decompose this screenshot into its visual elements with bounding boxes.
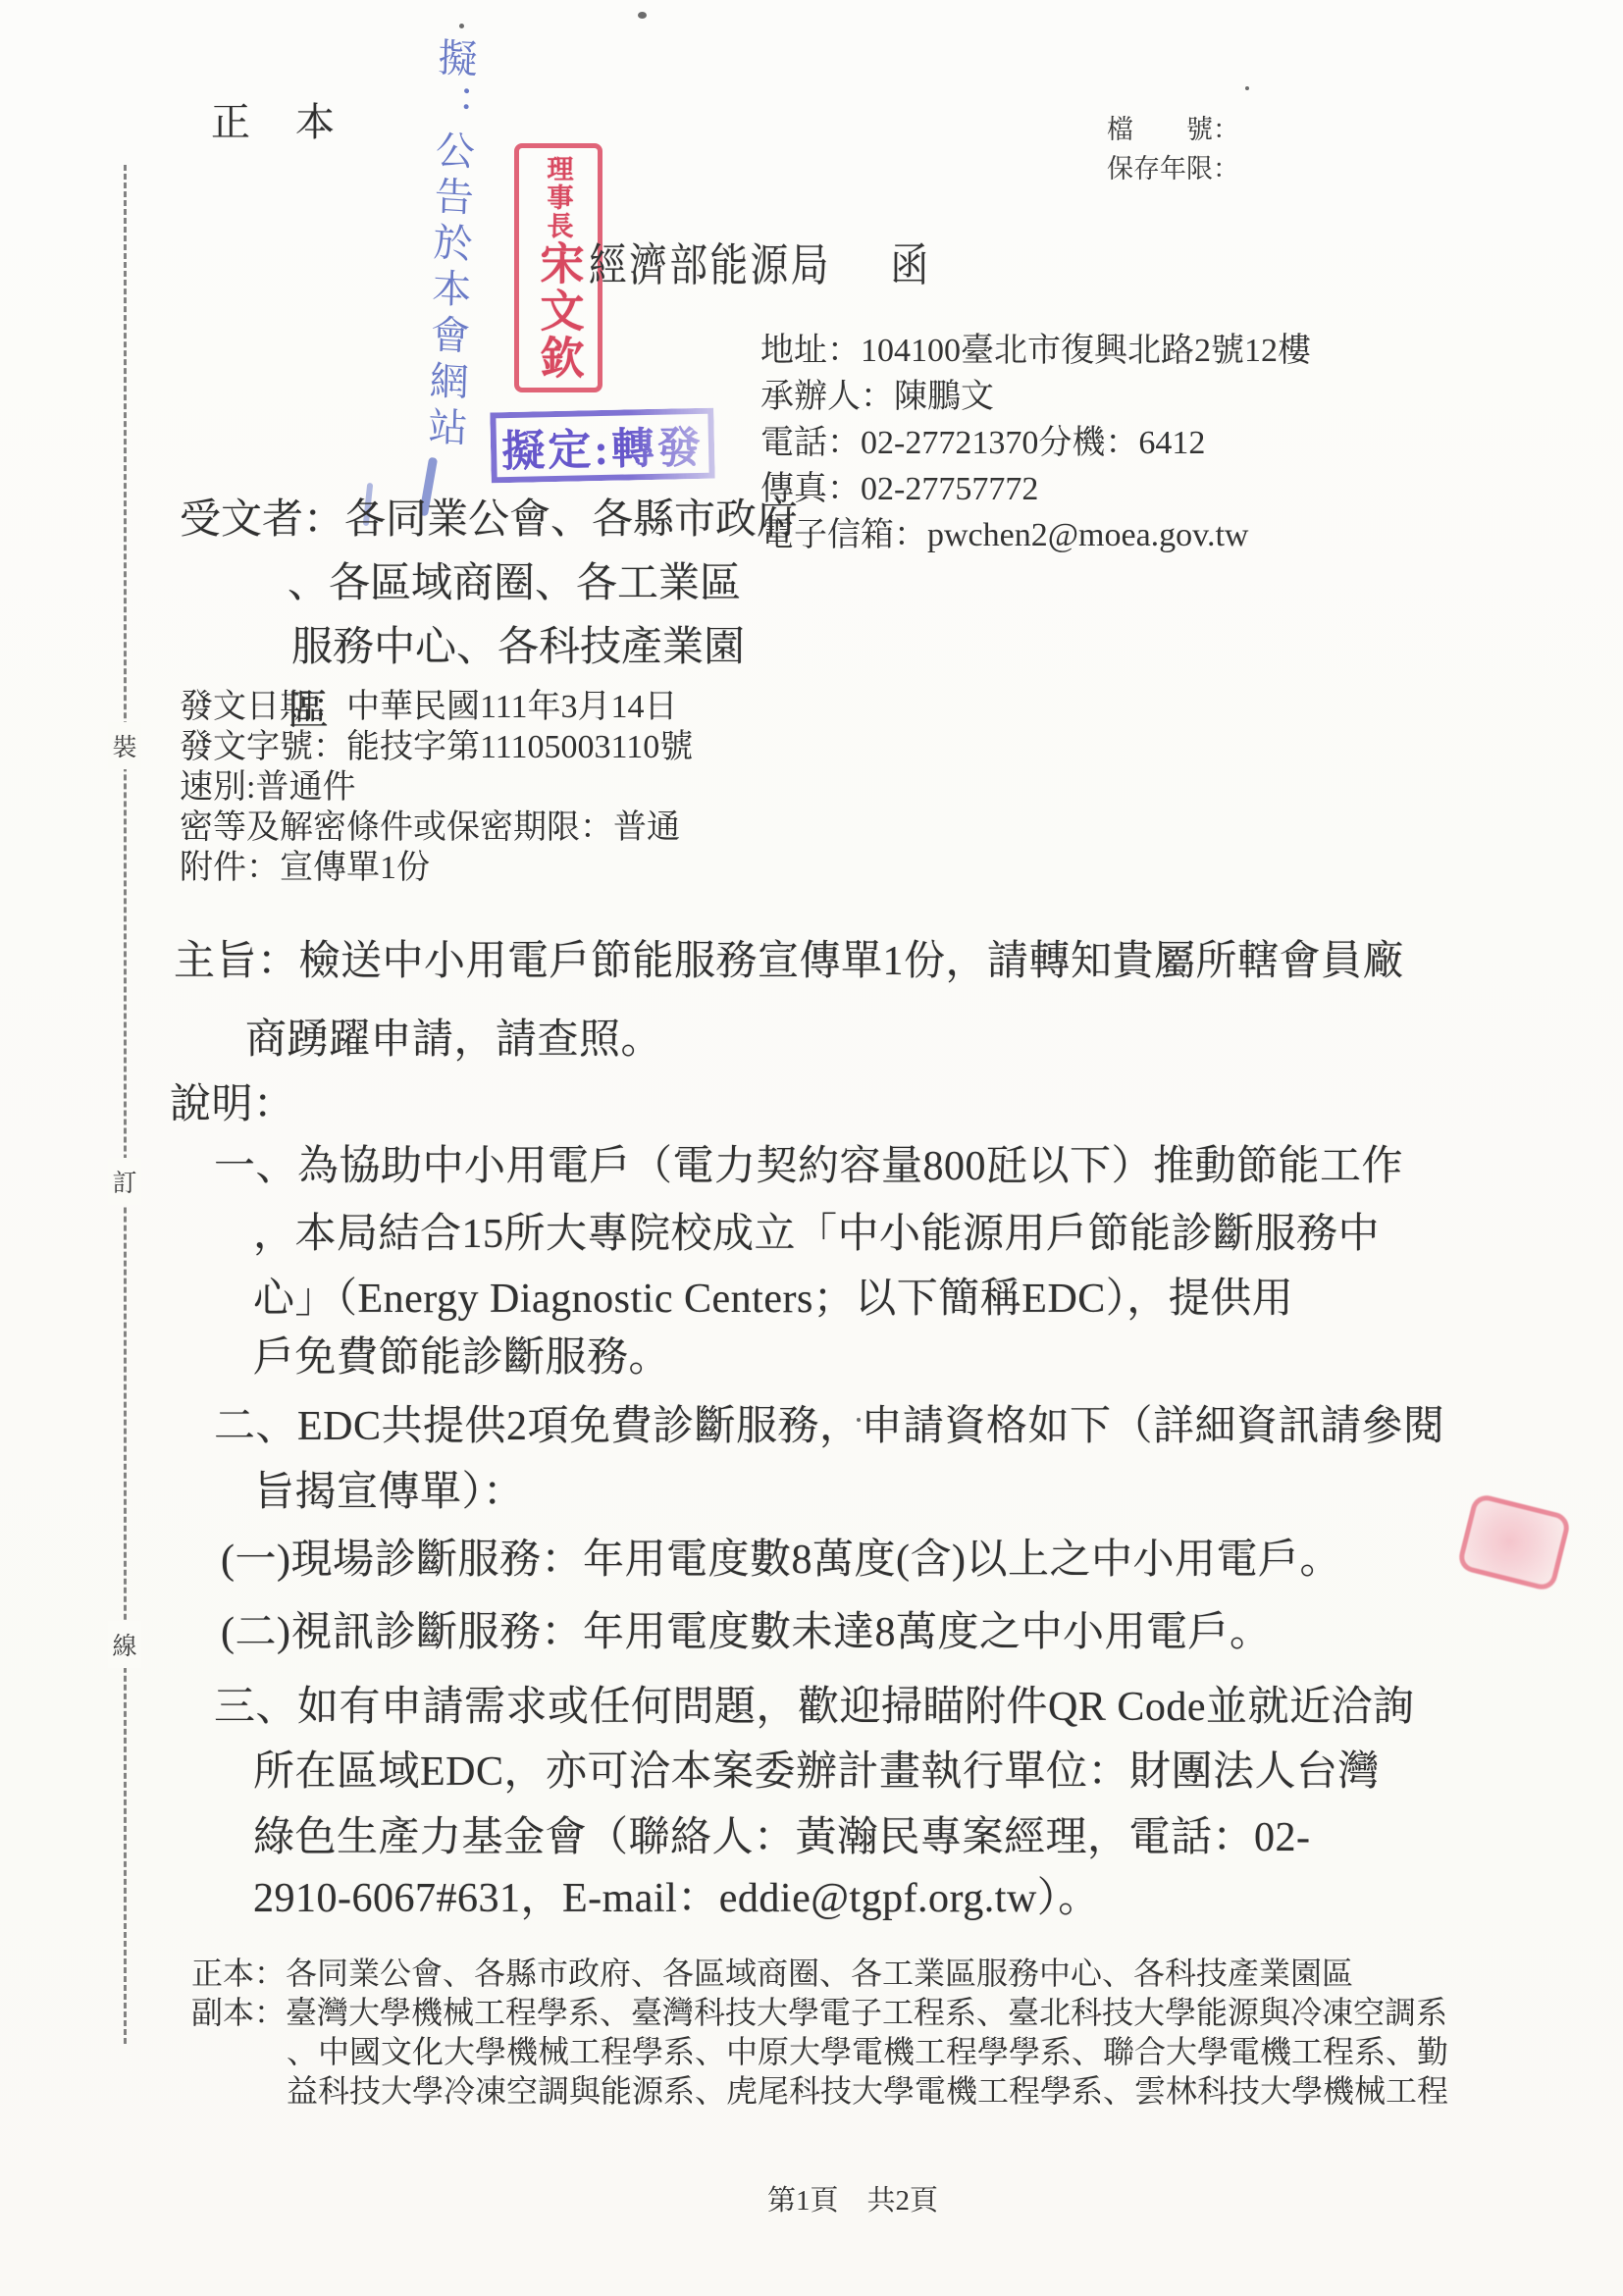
body-line: 二、EDC共提供2項免費診斷服務，申請資格如下（詳細資訊請參閱 (214, 1393, 1445, 1452)
faded-red-stamp (1456, 1492, 1572, 1592)
recipient-line: 、各區域商圈、各工業區 (288, 550, 741, 609)
margin-mark-binding: 裝 (108, 722, 141, 769)
copy-type-label: 正本 (211, 91, 380, 147)
body-line: 三、如有申請需求或任何問題，歡迎掃瞄附件QR Code並就近洽詢 (214, 1674, 1415, 1733)
body-line: (二)視訊診斷服務：年用電度數未達8萬度之中小用電戶。 (221, 1599, 1271, 1658)
org-header: 經濟部能源局 函 (589, 230, 996, 294)
contact-fax: 傳真：02-27757772 (760, 466, 1311, 512)
dispatch-number: 發文字號：能技字第11105003110號 (180, 727, 693, 767)
org-name: 經濟部能源局 (589, 230, 831, 294)
recipient-line: 服務中心、各科技產業園 (291, 614, 745, 673)
body-line: 一、為協助中小用電戶（電力契約容量800瓩以下）推動節能工作 (214, 1133, 1403, 1192)
chairman-stamp-title: 理事長 (540, 155, 578, 240)
dispatch-meta-block: 發文日期：中華民國111年3月14日 發文字號：能技字第11105003110號… (180, 687, 693, 888)
carbon-copy-list: 益科技大學冷凍空調與能源系、虎尾科技大學電機工程學系、雲林科技大學機械工程 (287, 2066, 1448, 2112)
body-line: 所在區域EDC，亦可洽本案委辦計畫執行單位：財團法人台灣 (253, 1739, 1380, 1798)
contact-address: 地址：104100臺北市復興北路2號12樓 (760, 328, 1311, 374)
body-line: (一)現場診斷服務：年用電度數8萬度(含)以上之中小用電戶。 (221, 1527, 1341, 1586)
directive-stamp: 擬定:轉發 (490, 408, 714, 484)
subject-line: 商踴躍申請，請查照。 (245, 1007, 662, 1066)
contact-block: 地址：104100臺北市復興北路2號12樓 承辦人：陳鵬文 電話：02-2772… (760, 328, 1311, 558)
recipient-line: 受文者：各同業公會、各縣市政府 (180, 487, 798, 546)
scan-speck (459, 24, 464, 28)
subject-line: 主旨：檢送中小用電戶節能服務宣傳單1份，請轉知貴屬所轄會員廠 (174, 928, 1404, 987)
file-number-label: 檔 號： (1107, 110, 1239, 149)
scan-speck (1245, 86, 1249, 90)
handwritten-note: 擬：公告於本會網站 (409, 35, 483, 530)
scanned-letter-page: 裝 訂 線 正本 擬：公告於本會網站 理事長宋文欽 擬定:轉發 檔 號： 保存年… (0, 0, 1623, 2296)
security-class: 密等及解密條件或保密期限：普通 (180, 808, 693, 848)
scan-speck (857, 1418, 861, 1422)
dispatch-date: 發文日期：中華民國111年3月14日 (180, 687, 693, 727)
contact-phone: 電話：02-27721370分機：6412 (760, 420, 1311, 466)
doc-type-label: 函 (890, 230, 930, 294)
scan-speck (728, 245, 731, 248)
contact-officer: 承辦人：陳鵬文 (760, 374, 1311, 420)
margin-mark-staple: 訂 (108, 1158, 141, 1205)
priority: 速別:普通件 (180, 767, 693, 808)
body-line: 2910-6067#631，E-mail：eddie@tgpf.org.tw）。 (253, 1865, 1100, 1924)
page-number: 第1頁 共2頁 (767, 2178, 938, 2218)
explanation-label: 說明： (170, 1071, 295, 1130)
body-line: 戶免費節能診斷服務。 (253, 1325, 670, 1383)
body-line: 綠色生產力基金會（聯絡人：黃瀚民專案經理，電話：02- (253, 1804, 1311, 1863)
attachment-note: 附件：宣傳單1份 (180, 848, 693, 888)
body-line: 心」（Energy Diagnostic Centers；以下簡稱EDC），提供… (253, 1266, 1293, 1325)
contact-email: 電子信箱：pwchen2@moea.gov.tw (760, 512, 1311, 558)
archival-labels: 檔 號： 保存年限： (1107, 110, 1239, 188)
scan-speck (638, 12, 647, 19)
retention-period-label: 保存年限： (1107, 149, 1239, 188)
body-line: ，本局結合15所大專院校成立「中小能源用戶節能診斷服務中 (253, 1201, 1380, 1260)
binding-margin-dashed-line (124, 165, 127, 2044)
body-line: 旨揭宣傳單）： (253, 1459, 525, 1518)
margin-mark-thread: 線 (108, 1621, 141, 1668)
chairman-stamp-name: 宋文欽 (527, 240, 591, 382)
